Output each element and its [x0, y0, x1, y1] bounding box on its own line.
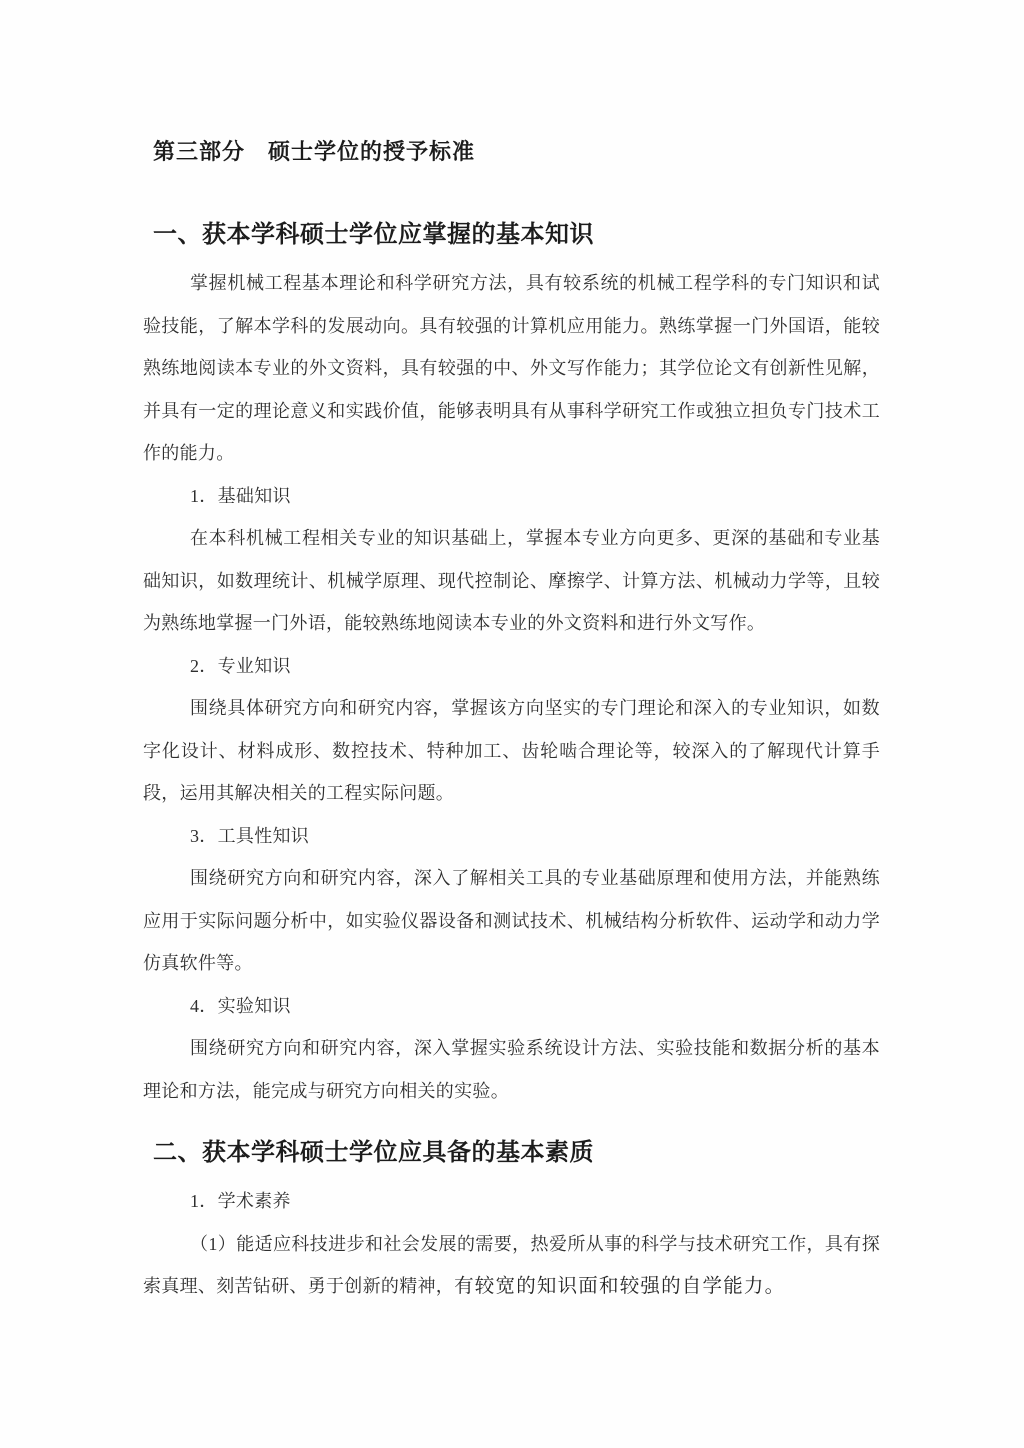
section-2-paragraph: （1）能适应科技进步和社会发展的需要，热爱所从事的科学与技术研究工作，具有探索真… [143, 1223, 880, 1309]
item-2-label: 2．专业知识 [143, 645, 880, 688]
section-1-heading: 一、获本学科硕士学位应掌握的基本知识 [153, 220, 880, 250]
section-2-item-1-label: 1．学术素养 [143, 1180, 880, 1223]
item-3-label: 3．工具性知识 [143, 815, 880, 858]
section-2-heading: 二、获本学科硕士学位应具备的基本素质 [153, 1138, 880, 1168]
item-2-body-paragraph: 围绕具体研究方向和研究内容，掌握该方向坚实的专门理论和深入的专业知识，如数字化设… [143, 687, 880, 815]
item-1-body-paragraph: 在本科机械工程相关专业的知识基础上，掌握本专业方向更多、更深的基础和专业基础知识… [143, 517, 880, 645]
section-2-paragraph-emphasis-run: 有较宽的知识面和较强的自学能力。 [454, 1276, 785, 1297]
item-1-label: 1．基础知识 [143, 475, 880, 518]
section-1-intro-paragraph: 掌握机械工程基本理论和科学研究方法，具有较系统的机械工程学科的专门知识和试验技能… [143, 262, 880, 475]
document-page: 第三部分 硕士学位的授予标准 一、获本学科硕士学位应掌握的基本知识 掌握机械工程… [0, 0, 1024, 1448]
document-title: 第三部分 硕士学位的授予标准 [153, 138, 880, 166]
item-3-body-paragraph: 围绕研究方向和研究内容，深入了解相关工具的专业基础原理和使用方法，并能熟练应用于… [143, 857, 880, 985]
item-4-label: 4．实验知识 [143, 985, 880, 1028]
item-4-body-paragraph: 围绕研究方向和研究内容，深入掌握实验系统设计方法、实验技能和数据分析的基本理论和… [143, 1027, 880, 1112]
